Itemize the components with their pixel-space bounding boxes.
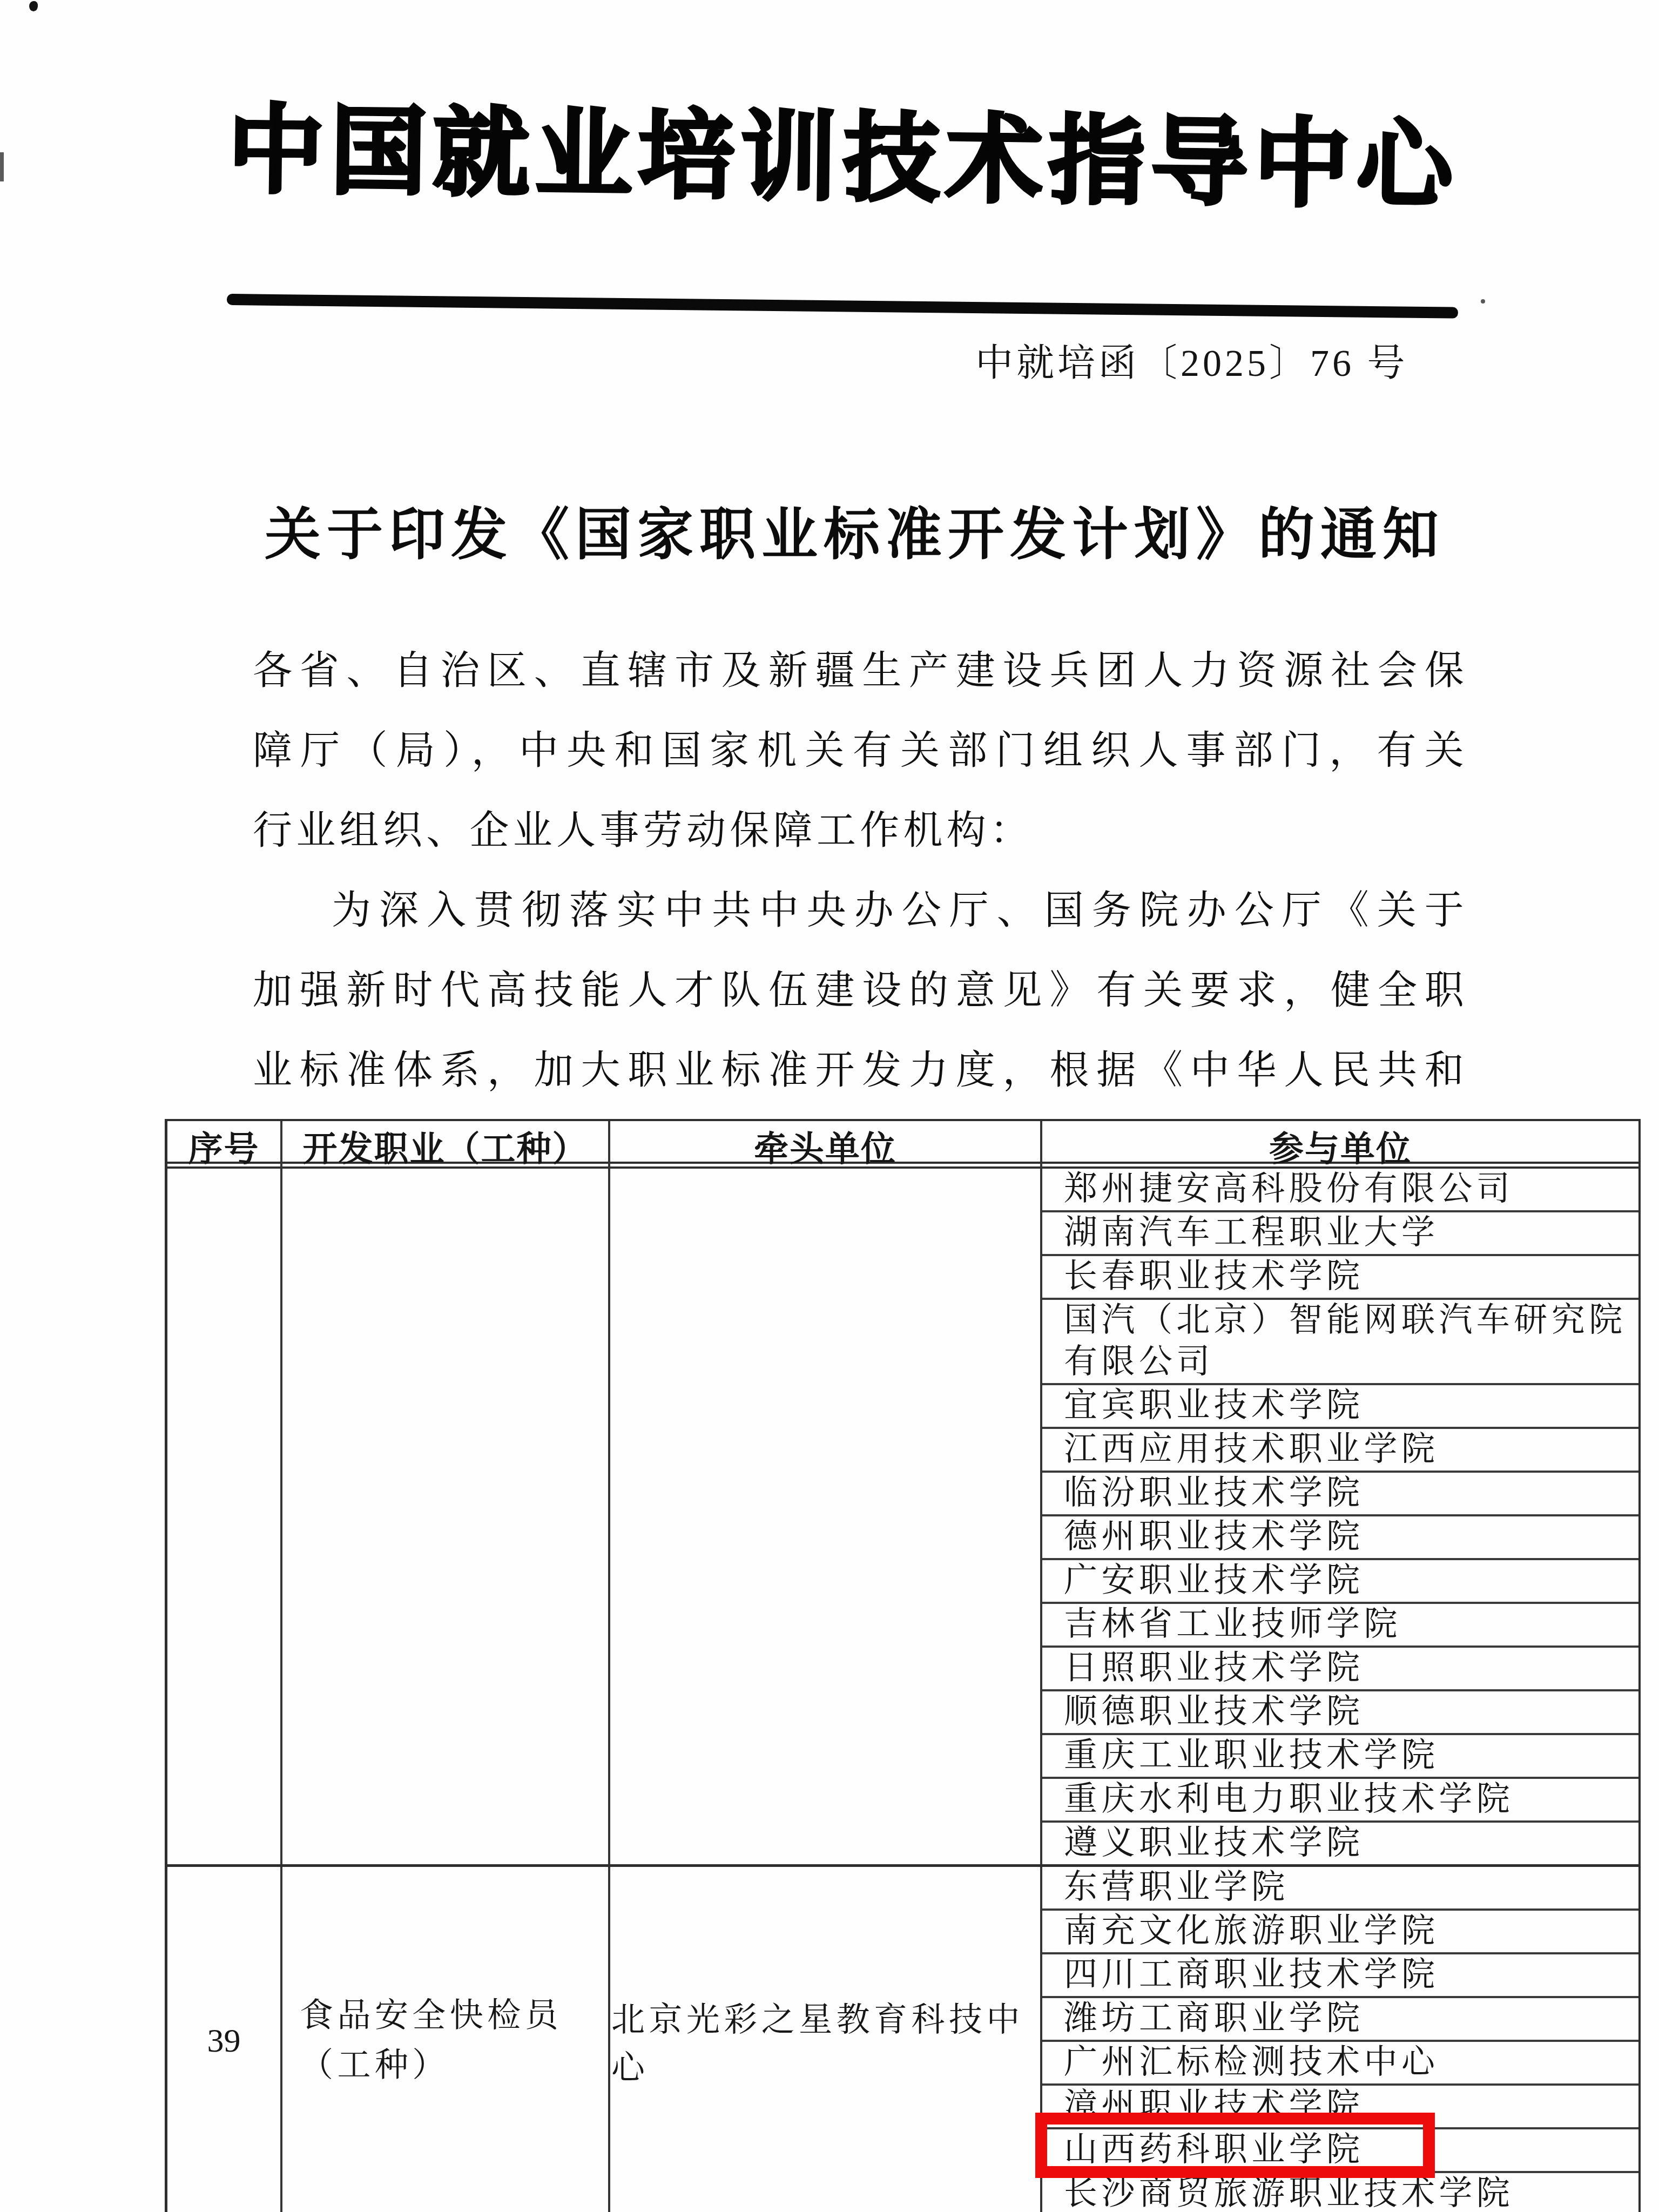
participant-row: 国汽（北京）智能网联汽车研究院有限公司 [1042, 1300, 1638, 1385]
participant-row: 临汾职业技术学院 [1042, 1473, 1638, 1516]
participant-name: 吉林省工业技师学院 [1064, 1604, 1401, 1645]
participant-row: 长沙商贸旅游职业技术学院 [1042, 2173, 1638, 2212]
body-line: 各省、自治区、直辖市及新疆生产建设兵团人力资源社会保 [253, 631, 1468, 711]
participant-name: 德州职业技术学院 [1064, 1516, 1364, 1558]
highlight-box [1035, 2113, 1435, 2178]
participant-name: 宜宾职业技术学院 [1064, 1385, 1364, 1427]
scan-artifact-dot [29, 1, 38, 11]
participant-row: 德州职业技术学院 [1042, 1516, 1638, 1560]
lead-unit-cell: 北京光彩之星教育科技中心 [610, 1867, 1042, 2212]
participant-row: 吉林省工业技师学院 [1042, 1604, 1638, 1648]
letterhead-rule [227, 294, 1458, 319]
lead-unit-cell [610, 1169, 1042, 1864]
participant-name: 日照职业技术学院 [1064, 1648, 1364, 1689]
participant-row: 四川工商职业技术学院 [1042, 1954, 1638, 1998]
participant-name: 重庆水利电力职业技术学院 [1064, 1779, 1514, 1820]
participant-name: 临汾职业技术学院 [1064, 1473, 1364, 1514]
participant-row: 日照职业技术学院 [1042, 1648, 1638, 1691]
body-line: 障厅（局），中央和国家机关有关部门组织人事部门，有关 [253, 711, 1468, 791]
column-header-occupation: 开发职业（工种） [282, 1121, 610, 1171]
participant-row: 遵义职业技术学院 [1042, 1823, 1638, 1864]
body-line: 为深入贯彻落实中共中央办公厅、国务院办公厅《关于 [253, 871, 1468, 950]
participant-row: 广安职业技术学院 [1042, 1560, 1638, 1604]
participant-name: 长沙商贸旅游职业技术学院 [1064, 2173, 1514, 2212]
participant-name: 遵义职业技术学院 [1064, 1823, 1364, 1864]
participant-name: 广州汇标检测技术中心 [1064, 2042, 1439, 2083]
participant-name: 湖南汽车工程职业大学 [1064, 1212, 1439, 1254]
participant-name: 广安职业技术学院 [1064, 1560, 1364, 1602]
seq-cell [167, 1169, 282, 1864]
participant-name: 东营职业学院 [1064, 1867, 1289, 1908]
seq-cell: 39 [167, 1867, 282, 2212]
participant-name: 郑州捷安高科股份有限公司 [1064, 1169, 1514, 1210]
development-plan-table: 序号 开发职业（工种） 牵头单位 参与单位 郑州捷安高科股份有限公司 湖南汽车工… [165, 1119, 1641, 2212]
column-header-participants: 参与单位 [1042, 1121, 1638, 1171]
scan-artifact-dash [0, 152, 4, 181]
participant-row: 潍坊工商职业学院 [1042, 1998, 1638, 2042]
column-header-lead-unit: 牵头单位 [610, 1121, 1042, 1171]
notice-title: 关于印发《国家职业标准开发计划》的通知 [265, 489, 1445, 570]
participant-row: 重庆工业职业技术学院 [1042, 1735, 1638, 1779]
participant-row: 湖南汽车工程职业大学 [1042, 1212, 1638, 1256]
participant-name: 顺德职业技术学院 [1064, 1691, 1364, 1733]
participant-row: 江西应用技术职业学院 [1042, 1429, 1638, 1473]
participant-name: 潍坊工商职业学院 [1064, 1998, 1364, 2040]
body-line: 业标准体系，加大职业标准开发力度，根据《中华人民共和 [253, 1030, 1468, 1110]
scan-artifact-dot [1481, 299, 1485, 304]
column-header-seq: 序号 [167, 1121, 282, 1171]
letterhead-title: 中国就业培训技术指导中心 [227, 72, 1460, 227]
participant-row: 顺德职业技术学院 [1042, 1691, 1638, 1735]
participant-name: 四川工商职业技术学院 [1064, 1954, 1439, 1996]
body-line: 行业组织、企业人事劳动保障工作机构： [253, 791, 1468, 871]
participant-name: 长春职业技术学院 [1064, 1256, 1364, 1298]
participant-name: 南充文化旅游职业学院 [1064, 1911, 1439, 1952]
body-text: 各省、自治区、直辖市及新疆生产建设兵团人力资源社会保 障厅（局），中央和国家机关… [253, 631, 1468, 1110]
document-number: 中就培函〔2025〕76 号 [975, 333, 1408, 387]
participant-row: 长春职业技术学院 [1042, 1256, 1638, 1300]
table-row-group: 郑州捷安高科股份有限公司 湖南汽车工程职业大学 长春职业技术学院 国汽（北京）智… [167, 1169, 1638, 1864]
occupation-cell: 食品安全快检员（工种） [282, 1867, 610, 2212]
participant-row: 重庆水利电力职业技术学院 [1042, 1779, 1638, 1823]
scanned-document-page: 中国就业培训技术指导中心 中就培函〔2025〕76 号 关于印发《国家职业标准开… [0, 0, 1659, 2212]
participant-name: 国汽（北京）智能网联汽车研究院有限公司 [1064, 1300, 1628, 1383]
participants-column: 郑州捷安高科股份有限公司 湖南汽车工程职业大学 长春职业技术学院 国汽（北京）智… [1042, 1169, 1638, 1864]
body-line: 加强新时代高技能人才队伍建设的意见》有关要求，健全职 [253, 950, 1468, 1030]
participant-name: 江西应用技术职业学院 [1064, 1429, 1439, 1471]
participant-row: 东营职业学院 [1042, 1867, 1638, 1911]
participant-row: 南充文化旅游职业学院 [1042, 1911, 1638, 1954]
table-header-row: 序号 开发职业（工种） 牵头单位 参与单位 [167, 1121, 1638, 1169]
occupation-cell [282, 1169, 610, 1864]
participant-row: 宜宾职业技术学院 [1042, 1385, 1638, 1429]
participant-row: 广州汇标检测技术中心 [1042, 2042, 1638, 2086]
participant-name: 重庆工业职业技术学院 [1064, 1735, 1439, 1777]
participant-row: 郑州捷安高科股份有限公司 [1042, 1169, 1638, 1212]
